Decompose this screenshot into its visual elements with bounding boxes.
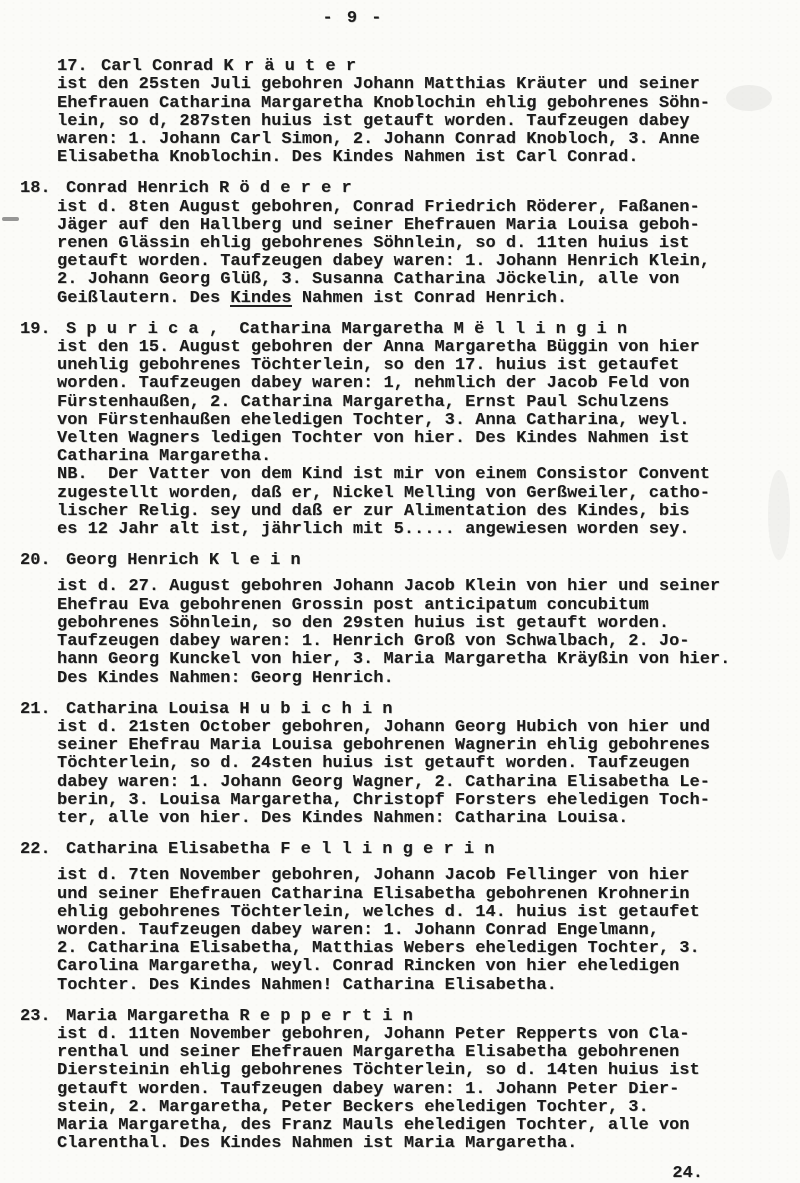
entry-line: von Fürstenhaußen eheledigen Tochter, 3.… (57, 412, 800, 430)
entry-heading: Conrad Henrich R ö d e r e r (57, 180, 800, 198)
entry-line: waren: 1. Johann Carl Simon, 2. Johann C… (57, 131, 800, 149)
entry-heading: Catharina Elisabetha F e l l i n g e r i… (57, 841, 800, 859)
entry-line: NB. Der Vatter von dem Kind ist mir von … (57, 466, 800, 484)
entry-number: 19. (20, 321, 51, 339)
entry-line: gebohrenes Söhnlein, so den 29sten huius… (57, 615, 800, 633)
entry-line: ist den 25sten Juli gebohren Johann Matt… (57, 76, 800, 94)
entry-line: es 12 Jahr alt ist, jährlich mit 5..... … (57, 521, 800, 539)
entry-line: getauft worden. Taufzeugen dabey waren: … (57, 253, 800, 271)
entry-line: ter, alle von hier. Des Kindes Nahmen: C… (57, 810, 800, 828)
register-entry: 20. Georg Henrich K l e i n ist d. 27. A… (0, 552, 800, 687)
entry-heading: Maria Margaretha R e p p e r t i n (57, 1008, 800, 1026)
entry-number: 21. (20, 701, 51, 719)
entry-number: 23. (20, 1008, 51, 1026)
entry-line: ist d. 8ten August gebohren, Conrad Frie… (57, 199, 800, 217)
entry-line: lischer Relig. sey und daß er zur Alimen… (57, 503, 800, 521)
entry-heading: Georg Henrich K l e i n (57, 552, 800, 570)
page-number: - 9 - (0, 0, 706, 28)
entry-line: worden. Taufzeugen dabey waren: 1, nehml… (57, 375, 800, 393)
entry-line: stein, 2. Margaretha, Peter Beckers ehel… (57, 1099, 800, 1117)
entry-line: Maria Margaretha, des Franz Mauls eheled… (57, 1117, 800, 1135)
register-entry: 21. Catharina Louisa H u b i c h i n ist… (0, 701, 800, 828)
entry-line: zugestellt worden, daß er, Nickel Mellin… (57, 485, 800, 503)
entry-line: getauft worden. Taufzeugen dabey waren: … (57, 1081, 800, 1099)
next-page-number: 24. (659, 1165, 716, 1183)
entry-heading: Carl Conrad K r ä u t e r (57, 58, 800, 76)
register-entry: 17. Carl Conrad K r ä u t e r ist den 25… (0, 58, 800, 167)
entry-line: ist d. 27. August gebohren Johann Jacob … (57, 578, 800, 596)
entry-line: ist d. 11ten November gebohren, Johann P… (57, 1026, 800, 1044)
entry-line: ehlig gebohrenes Töchterlein, welches d.… (57, 904, 800, 922)
entry-line: Ehefrau Eva gebohrenen Grossin post anti… (57, 597, 800, 615)
register-entry: 22. Catharina Elisabetha F e l l i n g e… (0, 841, 800, 995)
entry-line: Velten Wagners ledigen Tochter von hier.… (57, 430, 800, 448)
entry-line: seiner Ehefrau Maria Louisa gebohrenen W… (57, 737, 800, 755)
register-entry: 19. S p u r i c a , Catharina Margaretha… (0, 321, 800, 539)
entry-line: ist den 15. August gebohren der Anna Mar… (57, 339, 800, 357)
entry-line: Töchterlein, so d. 24sten huius ist geta… (57, 755, 800, 773)
entry-line: lein, so d, 287sten huius ist getauft wo… (57, 113, 800, 131)
entry-line: dabey waren: 1. Johann Georg Wagner, 2. … (57, 774, 800, 792)
entry-number: 20. (20, 552, 51, 570)
entry-line: Diersteinin ehlig gebohrenes Töchterlein… (57, 1062, 800, 1080)
entry-line: Clarenthal. Des Kindes Nahmen ist Maria … (57, 1135, 800, 1153)
entry-line: Ehefrauen Catharina Margaretha Knoblochi… (57, 95, 800, 113)
entry-line: renen Glässin ehlig gebohrenes Söhnlein,… (57, 235, 800, 253)
entry-heading: Catharina Louisa H u b i c h i n (57, 701, 800, 719)
entry-line: 2. Catharina Elisabetha, Matthias Webers… (57, 940, 800, 958)
entry-number: 17. (57, 58, 88, 76)
entry-line: hann Georg Kunckel von hier, 3. Maria Ma… (57, 651, 800, 669)
entry-number: 18. (20, 180, 51, 198)
entry-line: 2. Johann Georg Glüß, 3. Susanna Cathari… (57, 271, 800, 289)
entry-line: renthal und seiner Ehefrauen Margaretha … (57, 1044, 800, 1062)
entry-line: ist d. 7ten November gebohren, Johann Ja… (57, 867, 800, 885)
register-entry: 18. Conrad Henrich R ö d e r e r ist d. … (0, 180, 800, 307)
entries-list: 17. Carl Conrad K r ä u t e r ist den 25… (0, 58, 800, 1153)
entry-line: ist d. 21sten October gebohren, Johann G… (57, 719, 800, 737)
entry-line: berin, 3. Louisa Margaretha, Christopf F… (57, 792, 800, 810)
scanned-page: - 9 - 17. Carl Conrad K r ä u t e r ist … (0, 0, 800, 1183)
entry-line: worden. Taufzeugen dabey waren: 1. Johan… (57, 922, 800, 940)
entry-number: 22. (20, 841, 51, 859)
entry-line: Elisabetha Knoblochin. Des Kindes Nahmen… (57, 149, 800, 167)
entry-line: und seiner Ehefrauen Catharina Elisabeth… (57, 886, 800, 904)
entry-line: unehlig gebohrenes Töchterlein, so den 1… (57, 357, 800, 375)
entry-line: Fürstenhaußen, 2. Catharina Margaretha, … (57, 394, 800, 412)
entry-line: Catharina Margaretha. (57, 448, 800, 466)
entry-line: Taufzeugen dabey waren: 1. Henrich Groß … (57, 633, 800, 651)
entry-line: Des Kindes Nahmen: Georg Henrich. (57, 670, 800, 688)
entry-line: Geißlautern. Des Kindes Nahmen ist Conra… (57, 290, 800, 308)
register-entry: 23. Maria Margaretha R e p p e r t i n i… (0, 1008, 800, 1154)
entry-heading: S p u r i c a , Catharina Margaretha M ë… (57, 321, 800, 339)
entry-line: Tochter. Des Kindes Nahmen! Catharina El… (57, 977, 800, 995)
entry-line: Jäger auf den Hallberg und seiner Ehefra… (57, 217, 800, 235)
next-page-indicator: 24. (0, 1165, 800, 1183)
entry-line: Carolina Margaretha, weyl. Conrad Rincke… (57, 958, 800, 976)
